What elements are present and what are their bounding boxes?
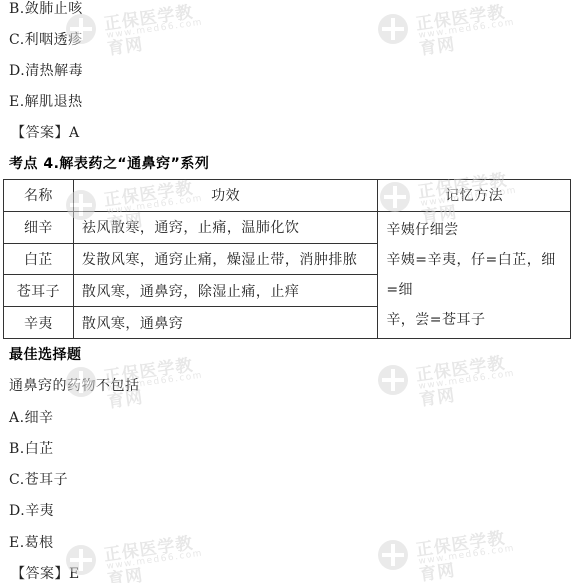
question-type: 最佳选择题 xyxy=(9,346,82,364)
prev-option-d: D.清热解毒 xyxy=(9,62,83,80)
option-label: E. xyxy=(9,94,25,110)
watermark-url: www.med66.com xyxy=(106,548,204,571)
herb-effect: 散风寒，通鼻窍 xyxy=(73,307,377,339)
option-a: A.细辛 xyxy=(9,409,54,427)
watermark-url: www.med66.com xyxy=(418,543,516,566)
watermark-brand: 正保医学教育网 xyxy=(102,527,212,583)
herb-effect: 发散风寒，通窍止痛，燥湿止带，消肿排脓 xyxy=(73,243,377,275)
option-text: 细辛 xyxy=(25,410,54,426)
option-label: C. xyxy=(9,472,25,488)
prev-answer: 【答案】A xyxy=(11,124,80,142)
herb-name: 细辛 xyxy=(4,211,74,243)
herb-name: 辛夷 xyxy=(4,307,74,339)
memory-line: 辛姨=辛夷，仔=白芷，细=细 xyxy=(386,245,562,305)
herb-table: 名称 功效 记忆方法 细辛 祛风散寒，通窍，止痛，温肺化饮 辛姨仔细尝 辛姨=辛… xyxy=(3,179,571,339)
herb-name: 苍耳子 xyxy=(4,275,74,307)
option-text: 利咽透疹 xyxy=(25,32,83,48)
watermark-brand: 正保医学教育网 xyxy=(414,0,524,60)
watermark-brand: 正保医学教育网 xyxy=(414,522,524,583)
watermark-brand: 正保医学教育网 xyxy=(414,347,524,411)
option-e: E.葛根 xyxy=(9,534,54,552)
watermark-logo-icon xyxy=(378,14,408,44)
prev-option-c: C.利咽透疹 xyxy=(9,31,83,49)
option-c: C.苍耳子 xyxy=(9,471,68,489)
question-stem: 通鼻窍的药物不包括 xyxy=(9,377,140,395)
option-text: 辛夷 xyxy=(25,503,54,519)
option-b: B.白芷 xyxy=(9,440,54,458)
header-effect: 功效 xyxy=(73,180,377,212)
watermark: 正保医学教育网 www.med66.com xyxy=(66,4,206,54)
option-label: B. xyxy=(9,1,25,17)
option-label: B. xyxy=(9,441,25,457)
header-name: 名称 xyxy=(4,180,74,212)
option-text: 葛根 xyxy=(25,535,54,551)
section-title: 考点 4.解表药之“通鼻窍”系列 xyxy=(9,155,209,173)
herb-name: 白芷 xyxy=(4,243,74,275)
watermark-url: www.med66.com xyxy=(106,17,204,40)
header-memory: 记忆方法 xyxy=(378,180,571,212)
watermark: 正保医学教育网 www.med66.com xyxy=(378,530,518,580)
watermark-url: www.med66.com xyxy=(418,17,516,40)
prev-option-b: B.敛肺止咳 xyxy=(9,0,83,18)
watermark-logo-icon xyxy=(378,540,408,570)
table-row: 细辛 祛风散寒，通窍，止痛，温肺化饮 辛姨仔细尝 辛姨=辛夷，仔=白芷，细=细 … xyxy=(4,211,571,243)
herb-effect: 散风寒，通鼻窍，除湿止痛，止痒 xyxy=(73,275,377,307)
watermark-logo-icon xyxy=(378,365,408,395)
option-text: 解肌退热 xyxy=(25,94,83,110)
option-label: C. xyxy=(9,32,25,48)
option-d: D.辛夷 xyxy=(9,502,54,520)
answer: 【答案】E xyxy=(11,565,80,583)
herb-effect: 祛风散寒，通窍，止痛，温肺化饮 xyxy=(73,211,377,243)
option-label: D. xyxy=(9,503,25,519)
option-text: 白芷 xyxy=(25,441,54,457)
option-label: A. xyxy=(9,410,25,426)
memory-method: 辛姨仔细尝 辛姨=辛夷，仔=白芷，细=细 辛，尝=苍耳子 xyxy=(378,211,571,338)
watermark-url: www.med66.com xyxy=(418,368,516,391)
watermark: 正保医学教育网 www.med66.com xyxy=(66,535,206,583)
option-label: D. xyxy=(9,63,25,79)
prev-option-e: E.解肌退热 xyxy=(9,93,83,111)
table-header-row: 名称 功效 记忆方法 xyxy=(4,180,571,212)
watermark: 正保医学教育网 www.med66.com xyxy=(378,355,518,405)
option-label: E. xyxy=(9,535,25,551)
watermark: 正保医学教育网 www.med66.com xyxy=(378,4,518,54)
option-text: 清热解毒 xyxy=(25,63,83,79)
option-text: 苍耳子 xyxy=(25,472,69,488)
memory-line: 辛，尝=苍耳子 xyxy=(386,305,562,335)
memory-line: 辛姨仔细尝 xyxy=(386,215,562,245)
watermark-brand: 正保医学教育网 xyxy=(102,0,212,60)
option-text: 敛肺止咳 xyxy=(25,1,83,17)
